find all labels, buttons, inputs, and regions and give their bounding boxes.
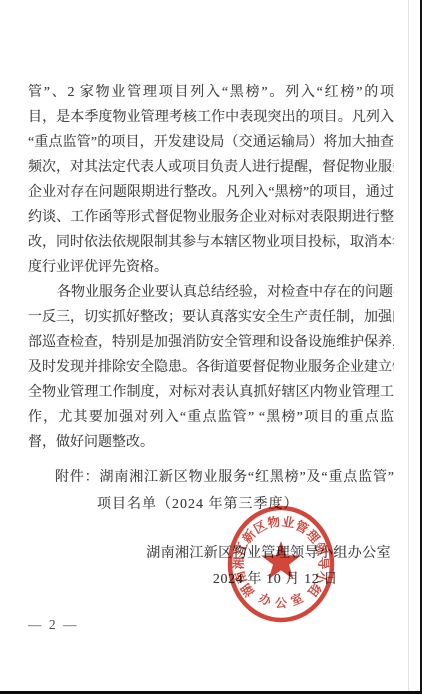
body-line: 及时发现并排除安全隐患。各街道要督促物业服务企业建立健 (28, 355, 394, 380)
seal-bottom-char: 公 (275, 596, 287, 610)
scan-edge-line (408, 0, 409, 691)
body-line: “重点监管”的项目，开发建设局（交通运输局）将加大抽查 (28, 130, 394, 155)
seal-bottom-char: 办 (257, 590, 275, 609)
body-line: 作，尤其要加强对列入“重点监管” “黑榜”项目的重点监 (28, 405, 394, 430)
seal-ring-char: 导 (316, 557, 331, 570)
body-line: 改，同时依法依规限制其参与本辖区物业项目投标，取消本年 (28, 230, 394, 255)
seal-ring-char: 湘 (231, 556, 246, 569)
body-line: 一反三，切实抓好整改；要认真落实安全生产责任制，加强内 (28, 305, 394, 330)
attachment-title: 湖南湘江新区物业服务“红黑榜”及“重点监管” (100, 470, 394, 485)
body-line: 管”、2 家物业管理项目列入“黑榜”。列入“红榜”的项 (28, 80, 394, 105)
seal-bottom-char: 室 (288, 590, 305, 609)
seal-graphic: 湖南湘江新区物业管理领导小组办公室 (224, 503, 338, 625)
star-icon (261, 541, 301, 579)
page-number: — 2 — (28, 614, 79, 636)
document-page: 管”、2 家物业管理项目列入“黑榜”。列入“红榜”的项 目，是本季度物业管理考核… (0, 0, 422, 694)
body-line: 部巡查检查，特别是加强消防安全管理和设备设施维护保养， (28, 330, 394, 355)
body-line: 目，是本季度物业管理考核工作中表现突出的项目。凡列入 (28, 105, 394, 130)
body-line: 各物业服务企业要认真总结经验，对检查中存在的问题举 (28, 280, 394, 305)
body-line: 企业对存在问题限期进行整改。凡列入“黑榜”的项目，通过 (28, 180, 394, 205)
body-line: 督，做好问题整改。 (28, 430, 394, 455)
seal-ring-char: 物 (266, 514, 281, 531)
official-seal-stamp: 湖南湘江新区物业管理领导小组办公室 (224, 503, 338, 625)
attachment-line-1: 附件：湖南湘江新区物业服务“红黑榜”及“重点监管” (55, 464, 394, 491)
document-body: 管”、2 家物业管理项目列入“黑榜”。列入“红榜”的项 目，是本季度物业管理考核… (28, 80, 394, 455)
attachment-label: 附件： (55, 470, 100, 485)
body-line: 约谈、工作函等形式督促物业服务企业对标对表限期进行整 (28, 205, 394, 230)
body-line: 度行业评优评先资格。 (28, 255, 394, 280)
body-line: 全物业管理工作制度，对标对表认真抓好辖区内物业管理工 (28, 380, 394, 405)
body-line: 频次，对其法定代表人或项目负责人进行提醒，督促物业服务 (28, 155, 394, 180)
